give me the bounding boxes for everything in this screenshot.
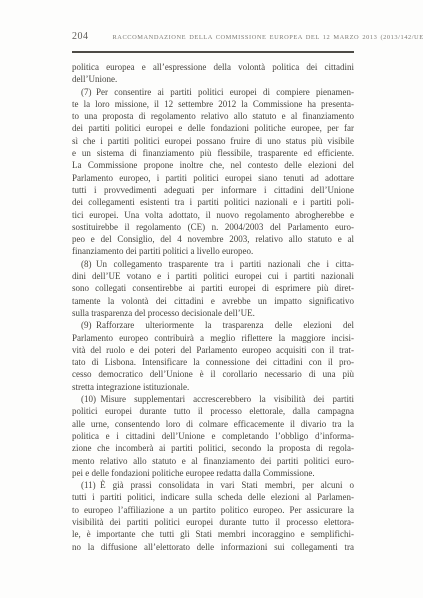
text-line: tutti i partiti politici, indicare sulla… xyxy=(72,491,354,503)
text-line: tutti i provvedimenti adeguati per infor… xyxy=(72,184,354,196)
text-line: sostituirebbe il regolamento (CE) n. 200… xyxy=(72,221,354,233)
text-line: dei collegamenti esistenti tra i partiti… xyxy=(72,196,354,208)
text-line: dini dell’UE votano e i partiti politici… xyxy=(72,270,354,282)
text-line: no la diffusione all’elettorato delle in… xyxy=(72,541,354,553)
text-line: (10) Misure supplementari accrescerebber… xyxy=(72,393,354,405)
text-line: tici europei. Una volta adottato, il nuo… xyxy=(72,209,354,221)
text-line: (8) Un collegamento trasparente tra i pa… xyxy=(72,258,354,270)
text-line: (11) È già prassi consolidata in vari St… xyxy=(72,479,354,491)
text-line: politici europei durante tutto il proces… xyxy=(72,405,354,417)
text-line: peo e del Consiglio, del 4 novembre 2003… xyxy=(72,233,354,245)
text-line: to una proposta di regolamento relativo … xyxy=(72,110,354,122)
body-text: politica europea e all’espressione della… xyxy=(72,61,354,553)
text-line: cesso democratico dell’Unione è il corol… xyxy=(72,368,354,380)
text-line: La Commissione propone inoltre che, nel … xyxy=(72,159,354,171)
text-line: pei e delle fondazioni politiche europee… xyxy=(72,467,354,479)
text-line: mento relativo allo statuto e al finanzi… xyxy=(72,455,354,467)
document-page: 204 RACCOMANDAZIONE DELLA COMMISSIONE EU… xyxy=(0,0,423,598)
running-title: RACCOMANDAZIONE DELLA COMMISSIONE EUROPE… xyxy=(113,34,423,41)
page-header: 204 RACCOMANDAZIONE DELLA COMMISSIONE EU… xyxy=(72,31,356,42)
text-line: tato di Lisbona. Intensificare la connes… xyxy=(72,356,354,368)
text-line: sì che i partiti politici europei possan… xyxy=(72,135,354,147)
text-line: le, è importante che tutti gli Stati mem… xyxy=(72,528,354,540)
text-line: visibilità dei partiti politici europei … xyxy=(72,516,354,528)
text-line: te la loro missione, il 12 settembre 201… xyxy=(72,98,354,110)
text-line: Parlamento europeo, i partiti politici e… xyxy=(72,172,354,184)
text-line: (7) Per consentire ai partiti politici e… xyxy=(72,86,354,98)
text-line: stretta integrazione istituzionale. xyxy=(72,381,354,393)
text-line: sulla trasparenza del processo decisiona… xyxy=(72,307,354,319)
text-line: tamente la volontà dei cittadini e avreb… xyxy=(72,295,354,307)
text-line: alle urne, consentendo loro di colmare e… xyxy=(72,418,354,430)
text-line: politica e i cittadini dell’Unione e com… xyxy=(72,430,354,442)
text-line: dei partiti politici europei e delle fon… xyxy=(72,122,354,134)
text-line: Parlamento europeo contribuirà a meglio … xyxy=(72,332,354,344)
header-rule xyxy=(72,51,354,53)
text-line: vità del ruolo e dei poteri del Parlamen… xyxy=(72,344,354,356)
text-line: zione che incomberà ai partiti politici,… xyxy=(72,442,354,454)
text-line: politica europea e all’espressione della… xyxy=(72,61,354,73)
text-line: to europeo l’affiliazione a un partito p… xyxy=(72,504,354,516)
text-line: finanziamento dei partiti politici a liv… xyxy=(72,245,354,257)
text-line: e un sistema di finanziamento più flessi… xyxy=(72,147,354,159)
page-number: 204 xyxy=(72,31,89,42)
text-line: (9) Rafforzare ulteriormente la traspare… xyxy=(72,319,354,331)
text-line: sono collegati consentirebbe ai partiti … xyxy=(72,282,354,294)
text-line: dell’Unione. xyxy=(72,73,354,85)
